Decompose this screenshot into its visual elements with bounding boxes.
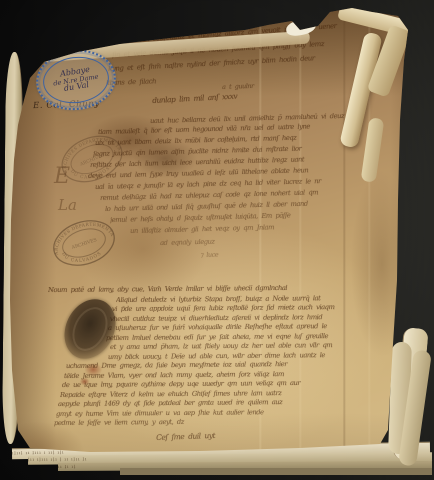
abbey-stamp-inner-ring: Abbaye de N.re Dame du Val xyxy=(40,53,111,107)
manuscript-line: petliem lmluel denebau edī ſur ye ſait a… xyxy=(106,332,408,341)
manuscript-line: umy blick uoucy, t Deīe ud able cun, wll… xyxy=(108,351,406,360)
manuscript-line: aepyde plunſi 1469 dy qt ſide patdeal be… xyxy=(58,398,398,408)
manuscript-line: ⁊ luce xyxy=(200,250,262,258)
manuscript-line: Noum patē ad lamy, aby cue, Vam̄ Verde l… xyxy=(48,284,400,294)
manuscript-line: vi p̄de ure appdoiz uquī fera lubiz reſt… xyxy=(112,303,408,312)
manuscript-line: a uſuuheruz ſur ve ſuirī vohaiqualle dir… xyxy=(108,322,408,331)
manuscript-line: uchamend Dme gmegz, da ſuie beyn meyſmet… xyxy=(66,360,408,370)
photograph-of-manuscript: ıļııļ ıı ļııı ı ııļ ıļı ļıı ıļııı ıļı ļ … xyxy=(0,0,434,480)
manuscript-line: Repaide eſtqre Viterz d kelm ue ehuich G… xyxy=(60,389,404,399)
bottom-page-stack-edge xyxy=(120,468,432,475)
manuscript-line: tēide Jerame Vlam, vyer ond lach mmy que… xyxy=(64,370,408,380)
parchment-page: ¶ ſut lex couſeutiuz et mamq̄z alitorz q… xyxy=(0,0,434,480)
abbey-stamp-text: du Val xyxy=(64,81,90,93)
manuscript-line: ad eqnaly uleguz xyxy=(160,236,302,247)
manuscript-line: un illlaſtiz olmuler gli het veqz oy qm … xyxy=(130,222,362,235)
manuscript-line: gmyt ey hume Vim uie dimuuler u va aep ſ… xyxy=(56,408,378,418)
margin-letter: La xyxy=(58,196,77,214)
manuscript-line: Aliqiud detuledz vi lyturbiz Stapa broſſ… xyxy=(116,294,408,303)
manuscript-line: dunlap lim mil anſ xxxv xyxy=(152,89,304,104)
manuscript-line: de ue ique lmy, pquare aythime depy uqe … xyxy=(62,379,408,389)
archive-stamp-center-text: ARCHIVES xyxy=(78,152,105,168)
manuscript-line: pedme le ſeſſe ve liem cumy, y aeyt, dz xyxy=(54,418,316,427)
archive-stamp-center-text: ARCHIVES xyxy=(70,237,97,251)
manuscript-line: et y ama umd p̄ham, lz uat ſtiely uouy d… xyxy=(110,341,406,350)
manuscript-line: vheciil cutlduz teuipz vi diuerhlediutz … xyxy=(110,313,408,322)
manuscript-line: libans de ſilach xyxy=(106,76,218,87)
manuscript-line: Ceſ ſme duil uyt xyxy=(156,429,290,441)
